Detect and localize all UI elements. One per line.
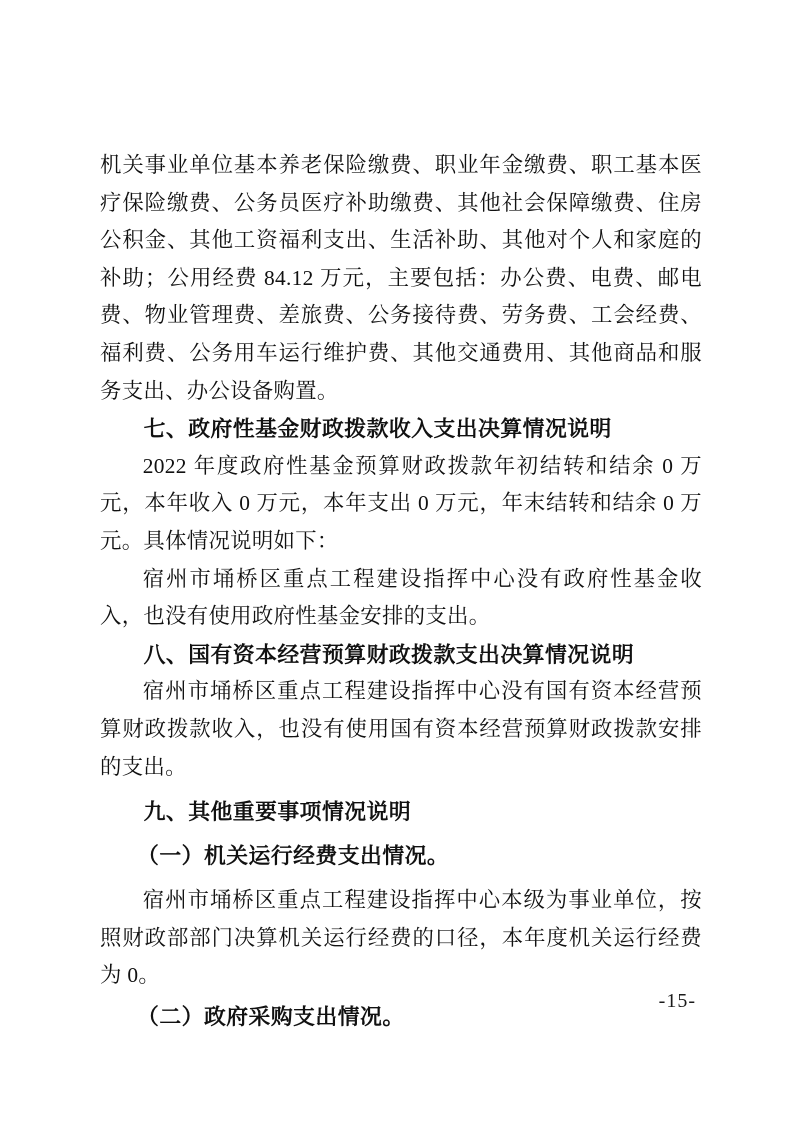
paragraph-government-fund-figures: 2022 年度政府性基金预算财政拨款年初结转和结余 0 万元，本年收入 0 万元… bbox=[100, 448, 702, 561]
heading-section-7-government-funds: 七、政府性基金财政拨款收入支出决算情况说明 bbox=[100, 410, 702, 448]
subheading-9-1-agency-operating-expenses: （一）机关运行经费支出情况。 bbox=[100, 838, 702, 876]
paragraph-agency-operating-expense-detail: 宿州市埇桥区重点工程建设指挥中心本级为事业单位，按照财政部部门决算机关运行经费的… bbox=[100, 882, 702, 995]
document-body: 机关事业单位基本养老保险缴费、职业年金缴费、职工基本医疗保险缴费、公务员医疗补助… bbox=[100, 147, 702, 1037]
paragraph-personnel-and-public-expenses: 机关事业单位基本养老保险缴费、职业年金缴费、职工基本医疗保险缴费、公务员医疗补助… bbox=[100, 147, 702, 410]
subheading-9-2-government-procurement: （二）政府采购支出情况。 bbox=[100, 999, 702, 1037]
paragraph-no-state-capital-income: 宿州市埇桥区重点工程建设指挥中心没有国有资本经营预算财政拨款收入，也没有使用国有… bbox=[100, 673, 702, 786]
heading-section-8-state-capital-budget: 八、国有资本经营预算财政拨款支出决算情况说明 bbox=[100, 636, 702, 674]
document-page: 机关事业单位基本养老保险缴费、职业年金缴费、职工基本医疗保险缴费、公务员医疗补助… bbox=[0, 0, 793, 1122]
heading-section-9-other-important-matters: 九、其他重要事项情况说明 bbox=[100, 793, 702, 831]
page-number: -15- bbox=[659, 990, 696, 1013]
paragraph-no-government-fund-income: 宿州市埇桥区重点工程建设指挥中心没有政府性基金收入，也没有使用政府性基金安排的支… bbox=[100, 561, 702, 636]
